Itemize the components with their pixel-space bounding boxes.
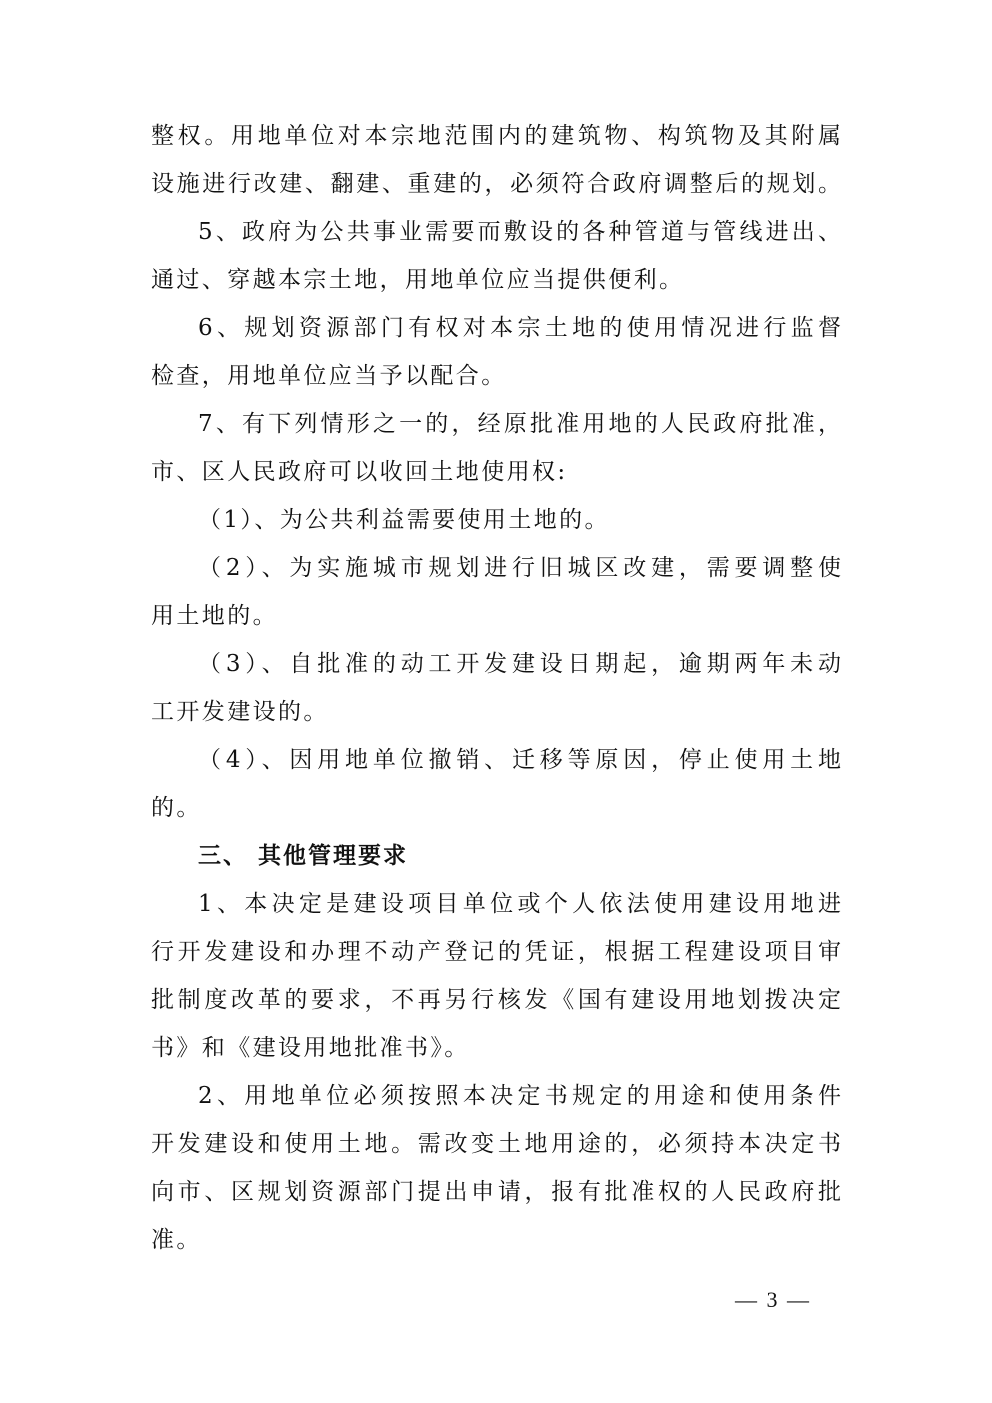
text-line-11: 用土地的。: [151, 592, 841, 640]
text-line-6: 检查，用地单位应当予以配合。: [151, 352, 841, 400]
requirement-2: 2、用地单位必须按照本决定书规定的用途和使用条件: [151, 1072, 841, 1120]
clause-5: 5、政府为公共事业需要而敷设的各种管道与管线进出、: [151, 208, 841, 256]
text-line-23: 向市、区规划资源部门提出申请，报有批准权的人民政府批: [151, 1168, 841, 1216]
text-line-8: 市、区人民政府可以收回土地使用权:: [151, 448, 841, 496]
sub-clause-1: （1）、为公共利益需要使用土地的。: [151, 496, 841, 544]
text-line-2: 设施进行改建、翻建、重建的，必须符合政府调整后的规划。: [151, 160, 841, 208]
text-line-19: 批制度改革的要求，不再另行核发《国有建设用地划拨决定: [151, 976, 841, 1024]
text-line-20: 书》和《建设用地批准书》。: [151, 1024, 841, 1072]
document-page: 整权。用地单位对本宗地范围内的建筑物、构筑物及其附属 设施进行改建、翻建、重建的…: [151, 112, 841, 1264]
clause-6: 6、规划资源部门有权对本宗土地的使用情况进行监督: [151, 304, 841, 352]
text-line-22: 开发建设和使用土地。需改变土地用途的，必须持本决定书: [151, 1120, 841, 1168]
section-heading-3: 三、 其他管理要求: [151, 832, 841, 880]
clause-7: 7、有下列情形之一的，经原批准用地的人民政府批准，: [151, 400, 841, 448]
text-line-1: 整权。用地单位对本宗地范围内的建筑物、构筑物及其附属: [151, 112, 841, 160]
sub-clause-4: （4）、因用地单位撤销、迁移等原因，停止使用土地: [151, 736, 841, 784]
page-number: — 3 —: [735, 1287, 811, 1313]
sub-clause-3: （3）、自批准的动工开发建设日期起，逾期两年未动: [151, 640, 841, 688]
sub-clause-2: （2）、为实施城市规划进行旧城区改建，需要调整使: [151, 544, 841, 592]
text-line-18: 行开发建设和办理不动产登记的凭证，根据工程建设项目审: [151, 928, 841, 976]
text-line-13: 工开发建设的。: [151, 688, 841, 736]
text-line-4: 通过、穿越本宗土地，用地单位应当提供便利。: [151, 256, 841, 304]
text-line-15: 的。: [151, 784, 841, 832]
requirement-1: 1、本决定是建设项目单位或个人依法使用建设用地进: [151, 880, 841, 928]
text-line-24: 准。: [151, 1216, 841, 1264]
